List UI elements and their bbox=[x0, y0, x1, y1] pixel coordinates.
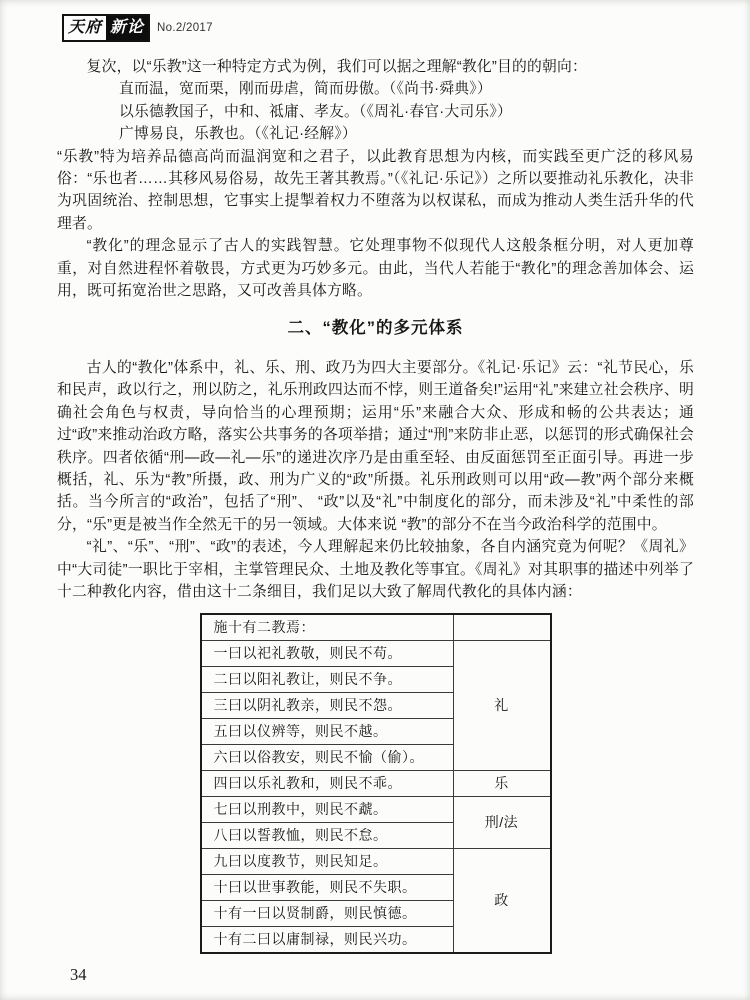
table-row: 一曰以祀礼教敬，则民不苟。 礼 bbox=[201, 641, 551, 667]
page-number: 34 bbox=[70, 965, 87, 985]
table-header-cell: 施十有二教焉： bbox=[201, 614, 454, 641]
table-cell: 四曰以乐礼教和，则民不乖。 bbox=[201, 771, 454, 797]
section-heading: 二、“教化”的多元体系 bbox=[57, 317, 694, 339]
table-wrapper: 施十有二教焉： 一曰以祀礼教敬，则民不苟。 礼 二曰以阳礼教让，则民不争。 三曰… bbox=[57, 613, 694, 954]
issue-number: No.2/2017 bbox=[157, 22, 213, 34]
journal-logo-part2: 新论 bbox=[106, 16, 148, 40]
journal-logo: 天府 新论 bbox=[62, 14, 150, 42]
table-cell: 五曰以仪辨等，则民不越。 bbox=[201, 719, 454, 745]
table-cell: 十有二曰以庸制禄，则民兴功。 bbox=[201, 927, 454, 954]
table-cell: 二曰以阳礼教让，则民不争。 bbox=[201, 667, 454, 693]
table-cell: 七曰以刑教中，则民不虣。 bbox=[201, 797, 454, 823]
paragraph-after-quotes: “乐教”特为培养品德高尚而温润宽和之君子，以此教育思想为内核，而实践至更广泛的移… bbox=[57, 146, 694, 236]
table-row: 四曰以乐礼教和，则民不乖。 乐 bbox=[201, 771, 551, 797]
table-cell: 八曰以誓教恤，则民不怠。 bbox=[201, 823, 454, 849]
table-row: 九曰以度教节，则民知足。 政 bbox=[201, 849, 551, 875]
paragraph-system: 古人的“教化”体系中，礼、乐、刑、政乃为四大主要部分。《礼记·乐记》云：“礼节民… bbox=[57, 357, 694, 536]
table-cell: 一曰以祀礼教敬，则民不苟。 bbox=[201, 641, 454, 667]
quote-line: 直而温，宽而栗，刚而毋虐，简而毋傲。（《尚书·舜典》） bbox=[57, 78, 694, 100]
journal-masthead: 天府 新论 No.2/2017 bbox=[62, 15, 213, 41]
table-cell: 九曰以度教节，则民知足。 bbox=[201, 849, 454, 875]
table-cell: 十曰以世事教能，则民不失职。 bbox=[201, 875, 454, 901]
table-cell: 十有一曰以贤制爵，则民慎德。 bbox=[201, 901, 454, 927]
article-body: 复次，以“乐教”这一种特定方式为例，我们可以据之理解“教化”目的的朝向： 直而温… bbox=[57, 56, 694, 954]
scanned-journal-page: 天府 新论 No.2/2017 复次，以“乐教”这一种特定方式为例，我们可以据之… bbox=[0, 0, 750, 1000]
paragraph-intro: 复次，以“乐教”这一种特定方式为例，我们可以据之理解“教化”目的的朝向： bbox=[57, 56, 694, 78]
quote-line: 广博易良，乐教也。（《礼记·经解》） bbox=[57, 123, 694, 145]
category-cell-yue: 乐 bbox=[453, 771, 551, 797]
category-cell-zheng: 政 bbox=[453, 849, 551, 954]
table-empty-cell bbox=[453, 614, 551, 641]
category-cell-li: 礼 bbox=[453, 641, 551, 771]
classic-quotes-block: 直而温，宽而栗，刚而毋虐，简而毋傲。（《尚书·舜典》） 以乐德教国子，中和、祗庸… bbox=[57, 78, 694, 145]
category-cell-xing: 刑/法 bbox=[453, 797, 551, 849]
quote-line: 以乐德教国子，中和、祗庸、孝友。（《周礼·春官·大司乐》） bbox=[57, 101, 694, 123]
paragraph-wisdom: “教化”的理念显示了古人的实践智慧。它处理事物不似现代人这般条框分明，对人更加尊… bbox=[57, 235, 694, 302]
table-row: 七曰以刑教中，则民不虣。 刑/法 bbox=[201, 797, 551, 823]
table-row: 施十有二教焉： bbox=[201, 614, 551, 641]
paragraph-zhouli: “礼”、“乐”、“刑”、“政”的表述，今人理解起来仍比较抽象，各自内涵究竟为何呢… bbox=[57, 536, 694, 603]
twelve-teachings-table: 施十有二教焉： 一曰以祀礼教敬，则民不苟。 礼 二曰以阳礼教让，则民不争。 三曰… bbox=[200, 613, 552, 954]
table-cell: 三曰以阴礼教亲，则民不怨。 bbox=[201, 693, 454, 719]
journal-logo-part1: 天府 bbox=[64, 16, 106, 40]
table-cell: 六曰以俗教安，则民不愉（偷）。 bbox=[201, 745, 454, 771]
